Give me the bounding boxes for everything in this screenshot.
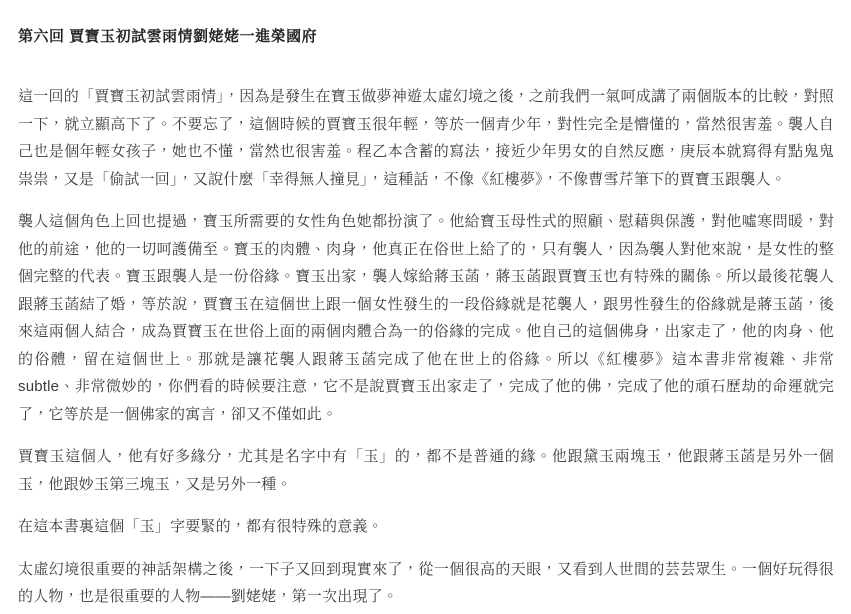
paragraph-1: 這一回的「賈寶玉初試雲雨情」，因為是發生在寶玉做夢神遊太虛幻境之後，之前我們一氣… — [18, 83, 834, 193]
paragraph-2: 襲人這個角色上回也提過，寶玉所需要的女性角色她都扮演了。他給寶玉母性式的照顧、慰… — [18, 208, 834, 428]
paragraph-5: 太虛幻境很重要的神話架構之後，一下子又回到現實來了，從一個很高的天眼，又看到人世… — [18, 556, 834, 611]
document-page: 第六回 賈寶玉初試雲雨情劉姥姥一進榮國府 這一回的「賈寶玉初試雲雨情」，因為是發… — [0, 0, 851, 614]
paragraph-3: 賈寶玉這個人，他有好多緣分，尤其是名字中有「玉」的，都不是普通的緣。他跟黛玉兩塊… — [18, 443, 834, 498]
paragraph-4: 在這本書裏這個「玉」字要緊的，都有很特殊的意義。 — [18, 513, 834, 541]
chapter-title: 第六回 賈寶玉初試雲雨情劉姥姥一進榮國府 — [18, 27, 834, 47]
